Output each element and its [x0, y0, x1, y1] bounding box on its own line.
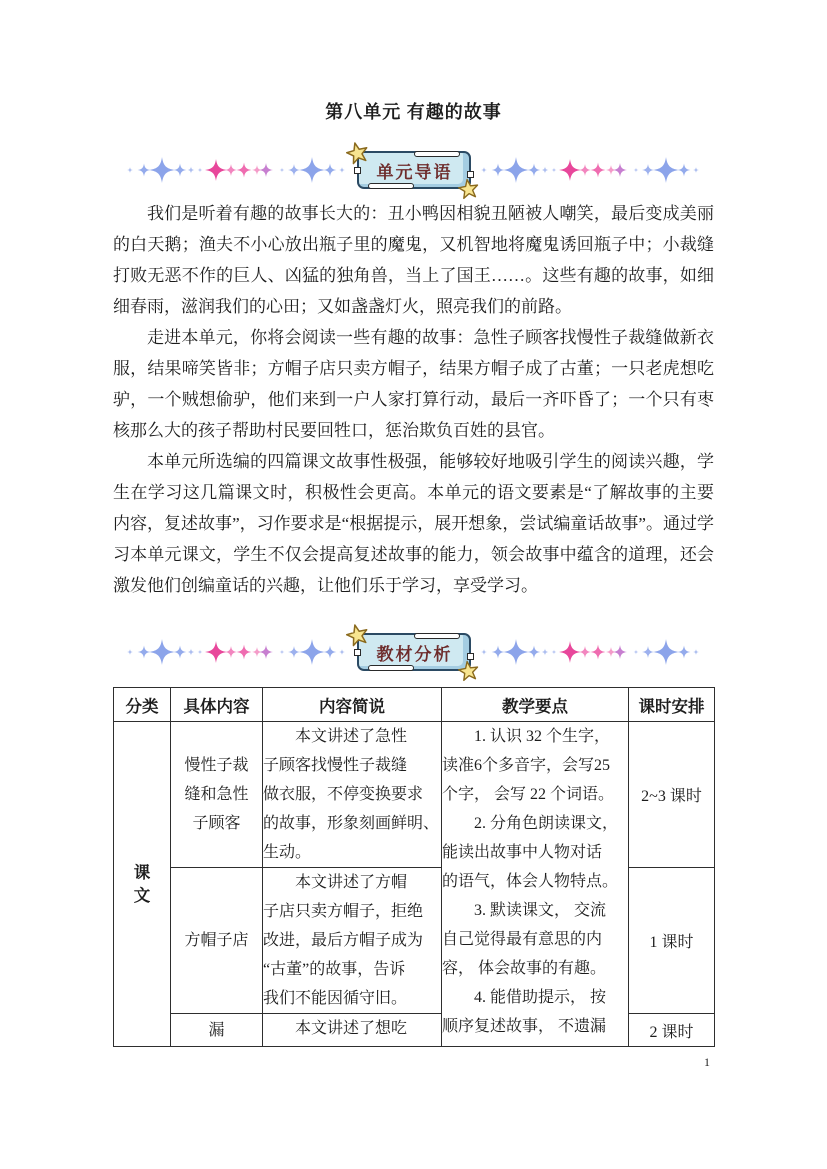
- page-number: 1: [113, 1055, 714, 1070]
- lesson-title-cell: 方帽子店: [171, 868, 263, 1014]
- sparkle-divider-icon: [124, 152, 350, 188]
- summary-cell: 本文讲述了急性 子顾客找慢性子裁缝 做衣服，不停变换要求 的故事，形象刻画鲜明、…: [263, 722, 442, 868]
- category-cell: 课文: [114, 722, 171, 1047]
- teaching-points-cell: 1. 认识 32 个生字， 读准6个多音字，会写25 个字， 会写 22 个词语…: [442, 722, 629, 1047]
- badge-highlight-icon: [414, 633, 460, 639]
- teaching-point: 4. 能借助提示， 按 顺序复述故事， 不遗漏: [442, 983, 628, 1041]
- hours-cell: 2 课时: [629, 1014, 715, 1047]
- column-header: 具体内容: [171, 688, 263, 722]
- badge-box: 教材分析: [357, 633, 471, 671]
- badge-highlight-icon: [368, 665, 414, 671]
- material-analysis-badge: 教材分析: [357, 633, 471, 671]
- sparkle-divider-icon: [478, 152, 704, 188]
- column-header: 分类: [114, 688, 171, 722]
- document-title: 第八单元 有趣的故事: [113, 100, 714, 124]
- badge-box: 单元导语: [357, 151, 471, 189]
- intro-paragraph: 本单元所选编的四篇课文故事性极强，能够较好地吸引学生的阅读兴趣，学生在学习这几篇…: [113, 446, 714, 601]
- teaching-point: 2. 分角色朗读课文， 能读出故事中人物对话 的语气，体会人物特点。: [442, 809, 628, 896]
- column-header: 内容简说: [263, 688, 442, 722]
- category-label: 课文: [133, 861, 152, 907]
- intro-section: 我们是听着有趣的故事长大的：丑小鸭因相貌丑陋被人嘲笑，最后变成美丽的白天鹅；渔夫…: [113, 198, 714, 601]
- table-row: 课文 慢性子裁 缝和急性 子顾客 本文讲述了急性 子顾客找慢性子裁缝 做衣服，不…: [114, 722, 715, 868]
- intro-paragraph: 走进本单元，你将会阅读一些有趣的故事：急性子顾客找慢性子裁缝做新衣服，结果啼笑皆…: [113, 322, 714, 446]
- lesson-title-cell: 漏: [171, 1014, 263, 1047]
- column-header: 课时安排: [629, 688, 715, 722]
- badge-highlight-icon: [414, 151, 460, 157]
- badge-highlight-icon: [368, 183, 414, 189]
- unit-intro-badge: 单元导语: [357, 151, 471, 189]
- table-header-row: 分类 具体内容 内容简说 教学要点 课时安排: [114, 688, 715, 722]
- analysis-table: 分类 具体内容 内容简说 教学要点 课时安排 课文 慢性子裁 缝和急性 子顾客 …: [113, 687, 715, 1047]
- hours-cell: 1 课时: [629, 868, 715, 1014]
- intro-paragraph: 我们是听着有趣的故事长大的：丑小鸭因相貌丑陋被人嘲笑，最后变成美丽的白天鹅；渔夫…: [113, 198, 714, 322]
- banner-unit-intro: 单元导语: [113, 142, 714, 198]
- lesson-title-cell: 慢性子裁 缝和急性 子顾客: [171, 722, 263, 868]
- badge-label: 单元导语: [375, 158, 453, 183]
- teaching-point: 3. 默读课文， 交流 自己觉得最有意思的内 容， 体会故事的有趣。: [442, 896, 628, 983]
- summary-cell: 本文讲述了方帽 子店只卖方帽子，拒绝 改进，最后方帽子成为 “古董”的故事，告诉…: [263, 868, 442, 1014]
- hours-cell: 2~3 课时: [629, 722, 715, 868]
- teaching-point: 1. 认识 32 个生字， 读准6个多音字，会写25 个字， 会写 22 个词语…: [442, 722, 628, 809]
- star-icon: [454, 657, 482, 685]
- summary-cell: 本文讲述了想吃: [263, 1014, 442, 1047]
- star-icon: [454, 175, 482, 203]
- column-header: 教学要点: [442, 688, 629, 722]
- sparkle-divider-icon: [478, 634, 704, 670]
- badge-label: 教材分析: [375, 640, 453, 665]
- sparkle-divider-icon: [124, 634, 350, 670]
- document-page: 第八单元 有趣的故事 单元导语 我们是听着有趣的故事长大的：丑小鸭因相貌丑陋被人…: [0, 0, 827, 1169]
- banner-material-analysis: 教材分析: [113, 624, 714, 680]
